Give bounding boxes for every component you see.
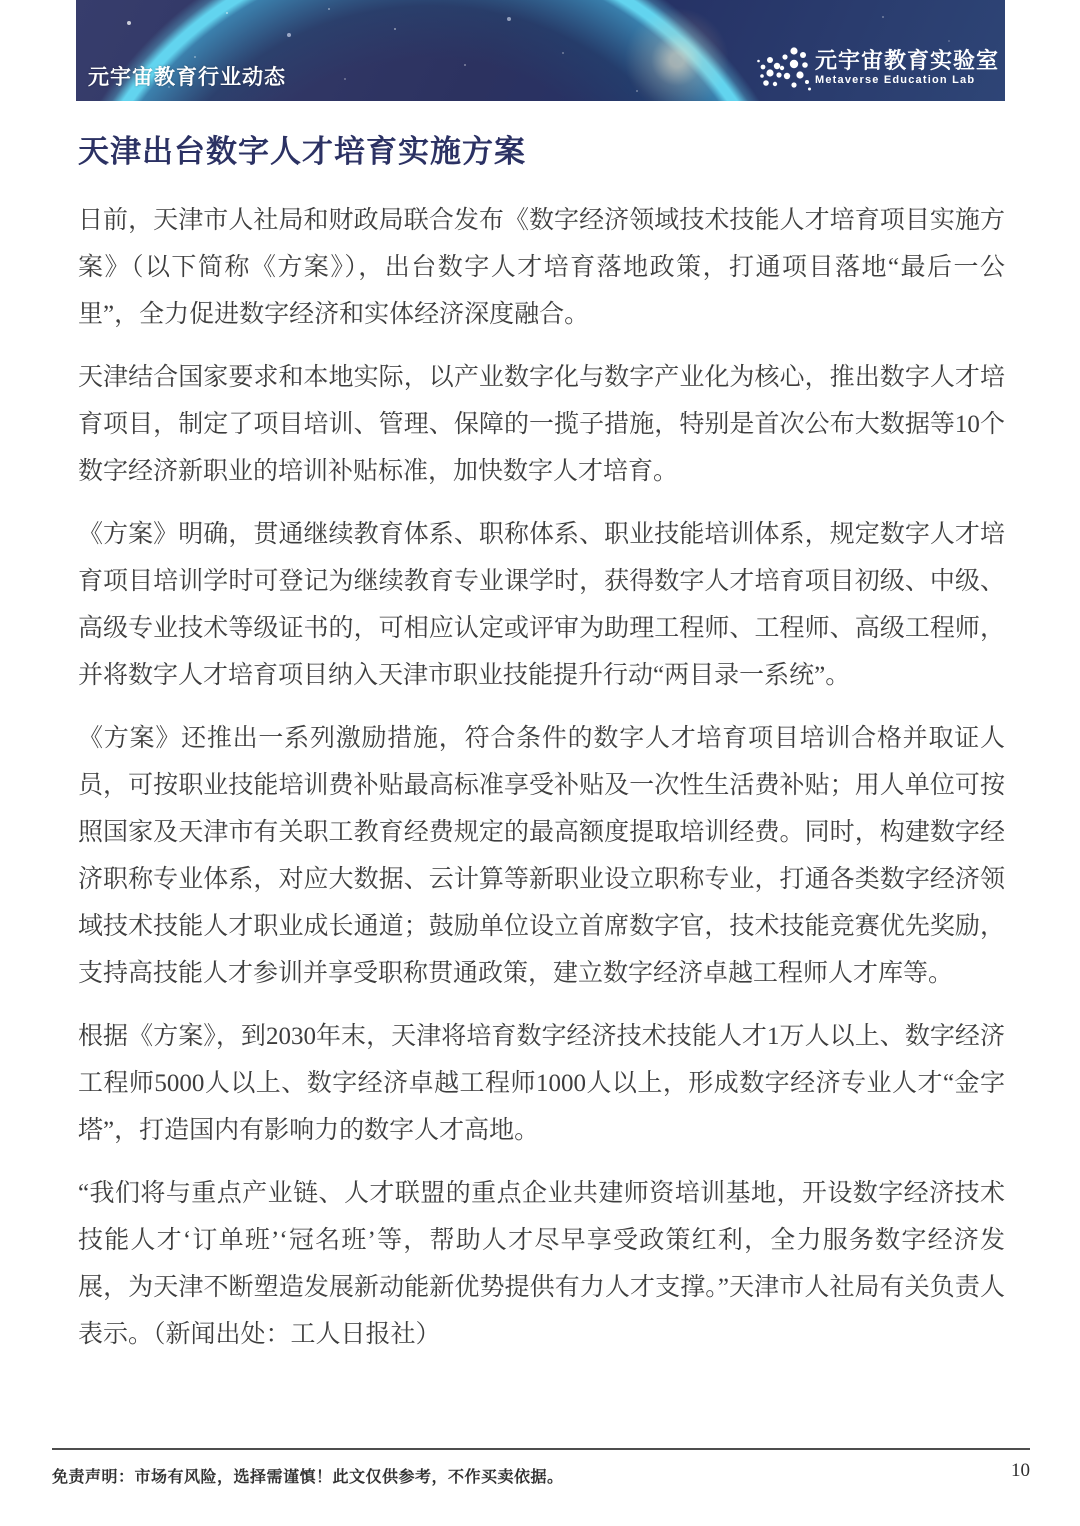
page-number: 10 [1011,1460,1030,1482]
article-paragraph: 日前，天津市人社局和财政局联合发布《数字经济领域技术技能人才培育项目实施方案》（… [78,197,1005,338]
disclaimer-text: 免责声明：市场有风险，选择需谨慎！此文仅供参考，不作买卖依据。 [52,1464,564,1487]
header-banner: 元宇宙教育行业动态 [76,0,1005,101]
dots-cluster-logo-icon [757,43,811,93]
article-body: 日前，天津市人社局和财政局联合发布《数字经济领域技术技能人才培育项目实施方案》（… [78,197,1005,1358]
article-paragraph: 《方案》明确，贯通继续教育体系、职称体系、职业技能培训体系，规定数字人才培育项目… [78,511,1005,699]
article-title: 天津出台数字人才培育实施方案 [78,126,1005,171]
article-paragraph: 《方案》还推出一系列激励措施，符合条件的数字人才培育项目培训合格并取证人员，可按… [78,715,1005,997]
footer-divider [52,1448,1030,1450]
article-paragraph: “我们将与重点产业链、人才联盟的重点企业共建师资培训基地，开设数字经济技术技能人… [78,1170,1005,1358]
logo-name: 元宇宙教育实验室 [815,50,999,72]
article-paragraph: 根据《方案》，到2030年末，天津将培育数字经济技术技能人才1万人以上、数字经济… [78,1013,1005,1154]
article-paragraph: 天津结合国家要求和本地实际，以产业数字化与数字产业化为核心，推出数字人才培育项目… [78,354,1005,495]
newsletter-section-title: 元宇宙教育行业动态 [88,61,286,91]
metaverse-lab-logo: 元宇宙教育实验室 Metaverse Education Lab [757,43,999,93]
logo-wordmark: 元宇宙教育实验室 Metaverse Education Lab [815,50,999,86]
logo-subtitle: Metaverse Education Lab [815,75,999,86]
article: 天津出台数字人才培育实施方案 日前，天津市人社局和财政局联合发布《数字经济领域技… [78,126,1005,1358]
